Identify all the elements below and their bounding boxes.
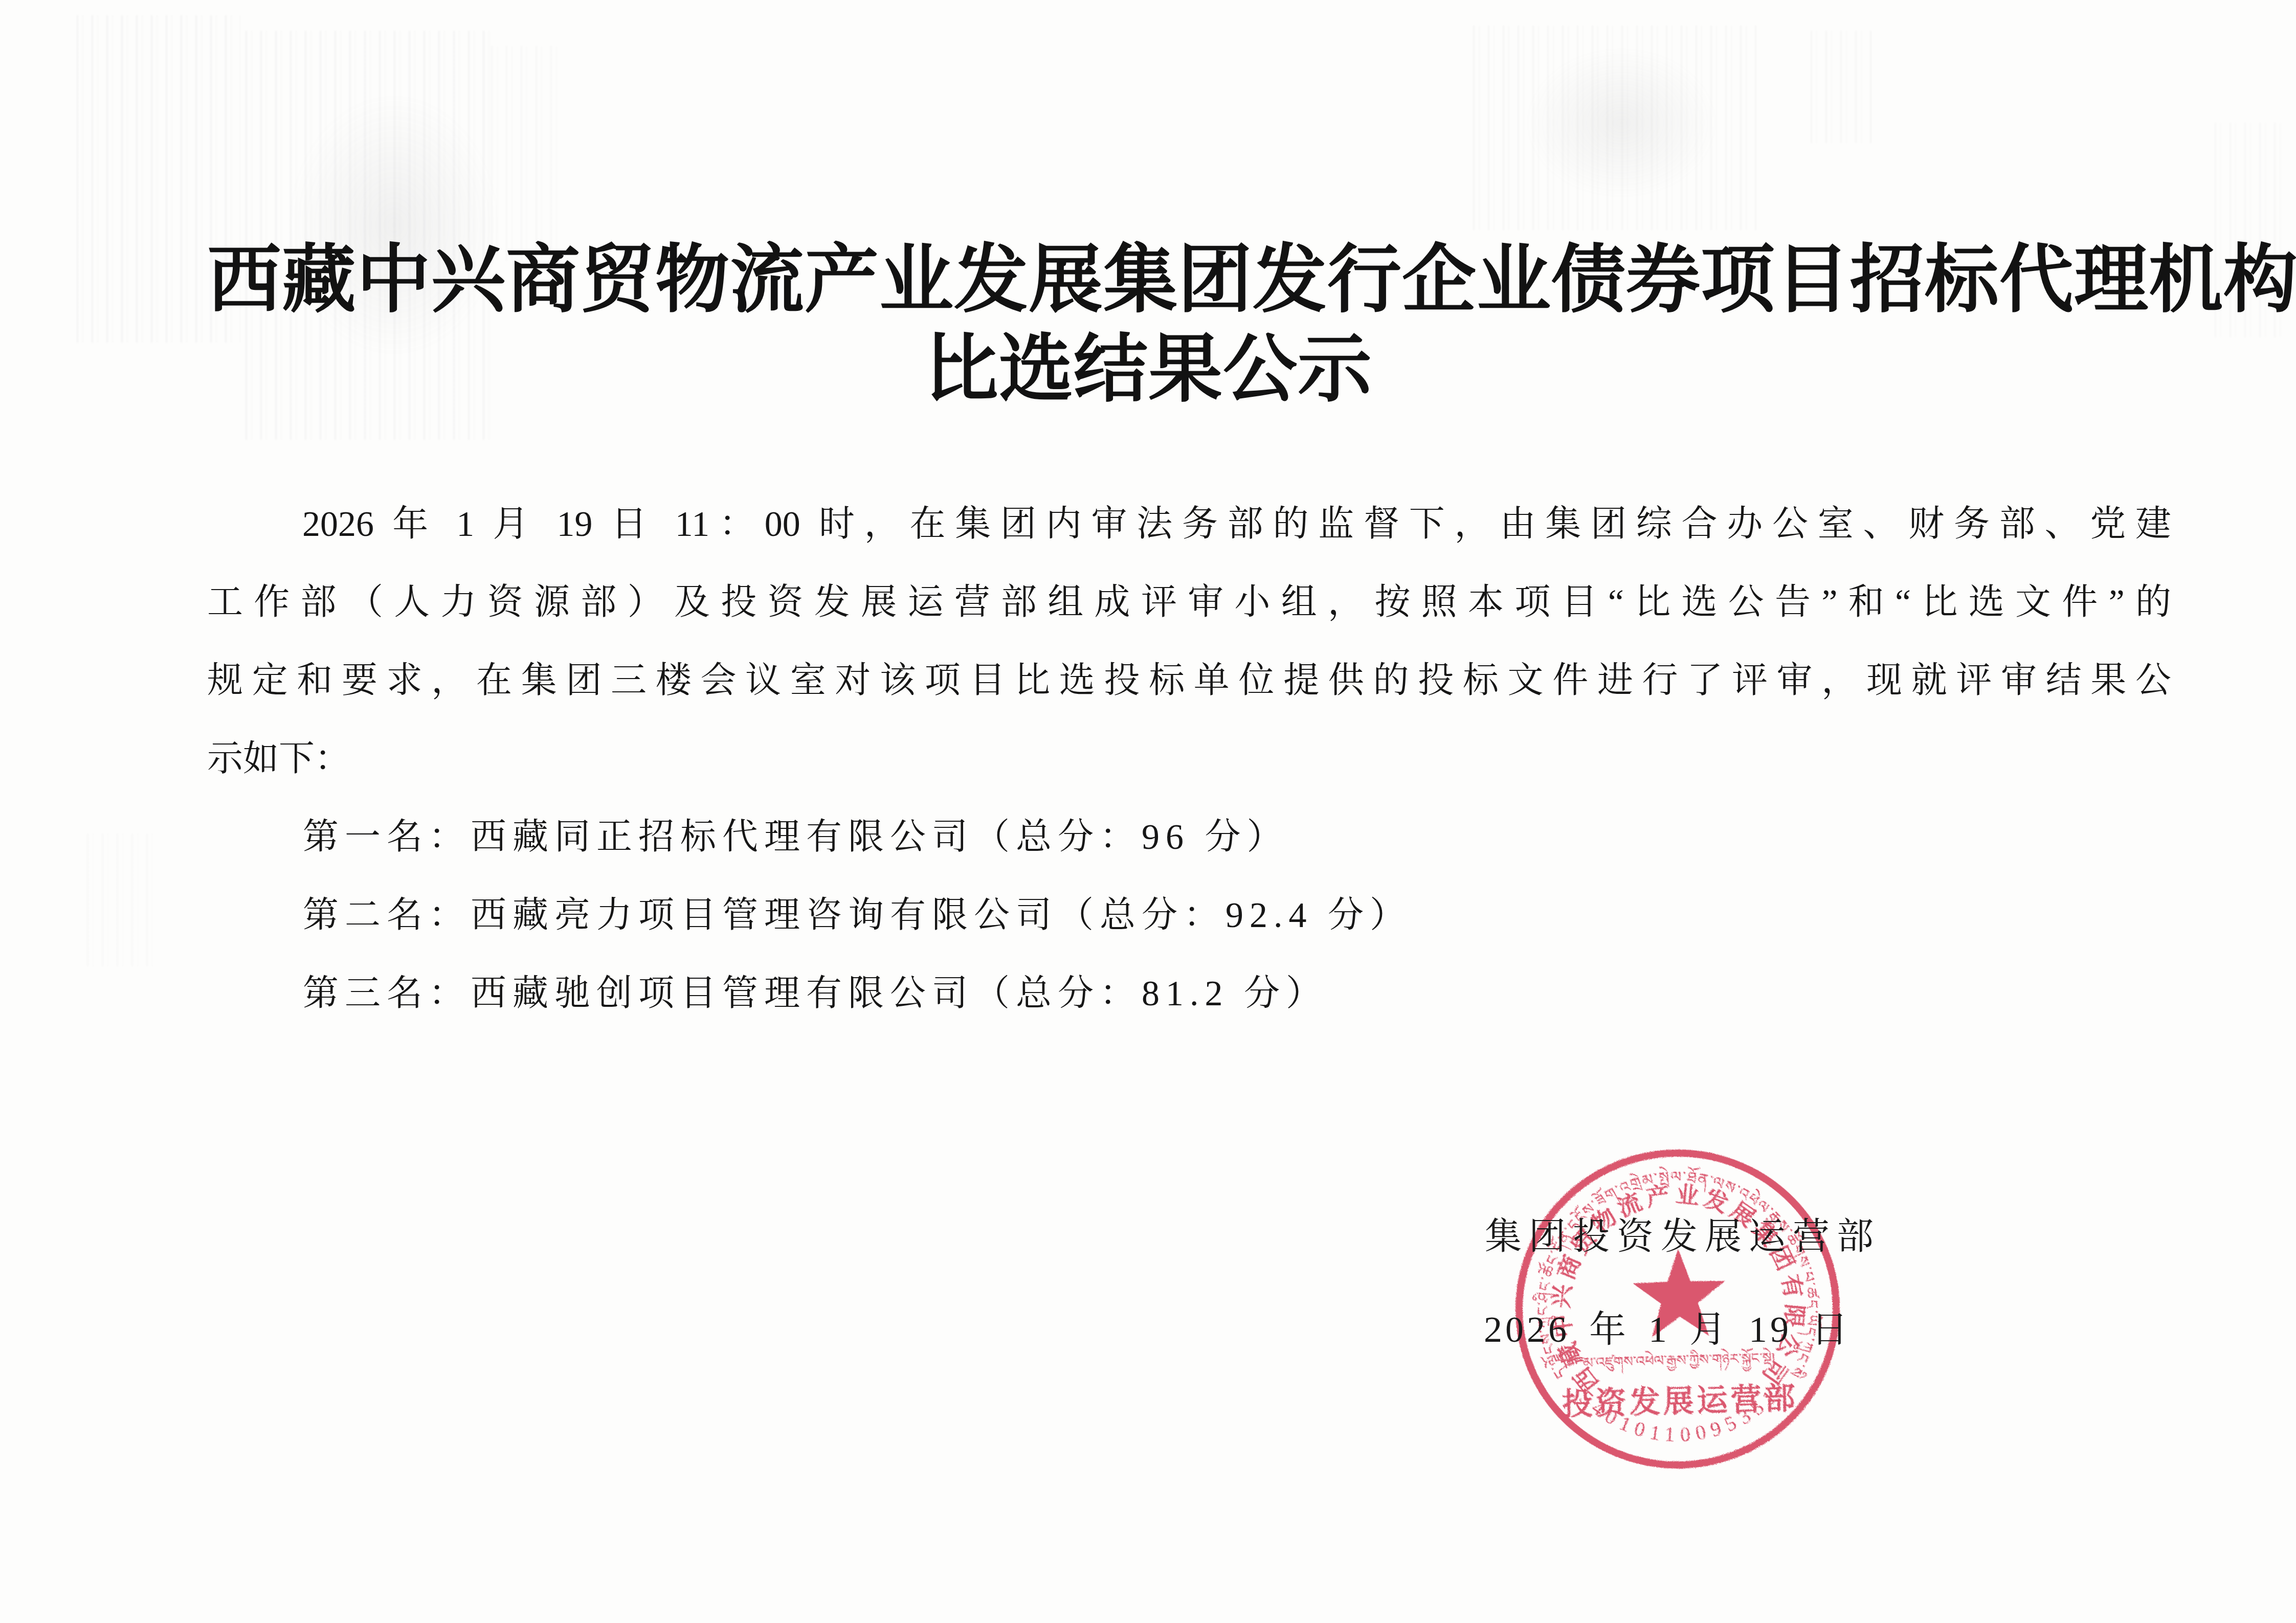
paragraph-line: 2026 年 1 月 19 日 11：00 时，在集团内审法务部的监督下，由集团… bbox=[207, 485, 2171, 563]
body-paragraph: 2026 年 1 月 19 日 11：00 时，在集团内审法务部的监督下，由集团… bbox=[207, 485, 2171, 798]
document-title-line-1: 西藏中兴商贸物流产业发展集团发行企业债券项目招标代理机构 bbox=[207, 236, 2089, 326]
paragraph-line: 规定和要求，在集团三楼会议室对该项目比选投标单位提供的投标文件进行了评审，现就评… bbox=[207, 642, 2171, 720]
scan-smudge-artifact bbox=[1524, 46, 1719, 199]
result-company: 西藏同正招标代理有限公司 bbox=[471, 818, 974, 857]
signoff-date: 2026 年 1 月 19 日 bbox=[1412, 1306, 1923, 1352]
document-title-line-2: 比选结果公示 bbox=[207, 326, 2089, 415]
paragraph-line: 示如下： bbox=[207, 720, 2171, 798]
result-row-3: 第三名：西藏驰创项目管理有限公司（总分：81.2 分） bbox=[303, 955, 2170, 1033]
scanned-document-page: 西藏中兴商贸物流产业发展集团发行企业债券项目招标代理机构 比选结果公示 2026… bbox=[0, 0, 2296, 1623]
signoff-department: 集团投资发展运营部 bbox=[1427, 1213, 1938, 1259]
document-title: 西藏中兴商贸物流产业发展集团发行企业债券项目招标代理机构 比选结果公示 bbox=[207, 236, 2089, 415]
paragraph-line: 工作部（人力资源部）及投资发展运营部组成评审小组，按照本项目“比选公告”和“比选… bbox=[207, 563, 2171, 642]
result-rank: 第三名： bbox=[303, 974, 471, 1013]
result-rank: 第一名： bbox=[303, 818, 471, 857]
scan-streak-artifact bbox=[491, 46, 563, 261]
result-row-1: 第一名：西藏同正招标代理有限公司（总分：96 分） bbox=[303, 798, 2170, 876]
result-company: 西藏驰创项目管理有限公司 bbox=[471, 974, 974, 1013]
scan-streak-artifact bbox=[1811, 31, 1872, 143]
result-row-2: 第二名：西藏亮力项目管理咨询有限公司（总分：92.4 分） bbox=[303, 876, 2170, 955]
result-company: 西藏亮力项目管理咨询有限公司 bbox=[471, 896, 1058, 935]
result-rank: 第二名： bbox=[303, 896, 471, 935]
result-score: （总分：81.2 分） bbox=[974, 974, 1328, 1013]
scan-streak-artifact bbox=[87, 833, 159, 966]
result-score: （总分：96 分） bbox=[974, 818, 1289, 857]
result-list: 第一名：西藏同正招标代理有限公司（总分：96 分） 第二名：西藏亮力项目管理咨询… bbox=[303, 798, 2170, 1033]
result-score: （总分：92.4 分） bbox=[1058, 896, 1412, 935]
